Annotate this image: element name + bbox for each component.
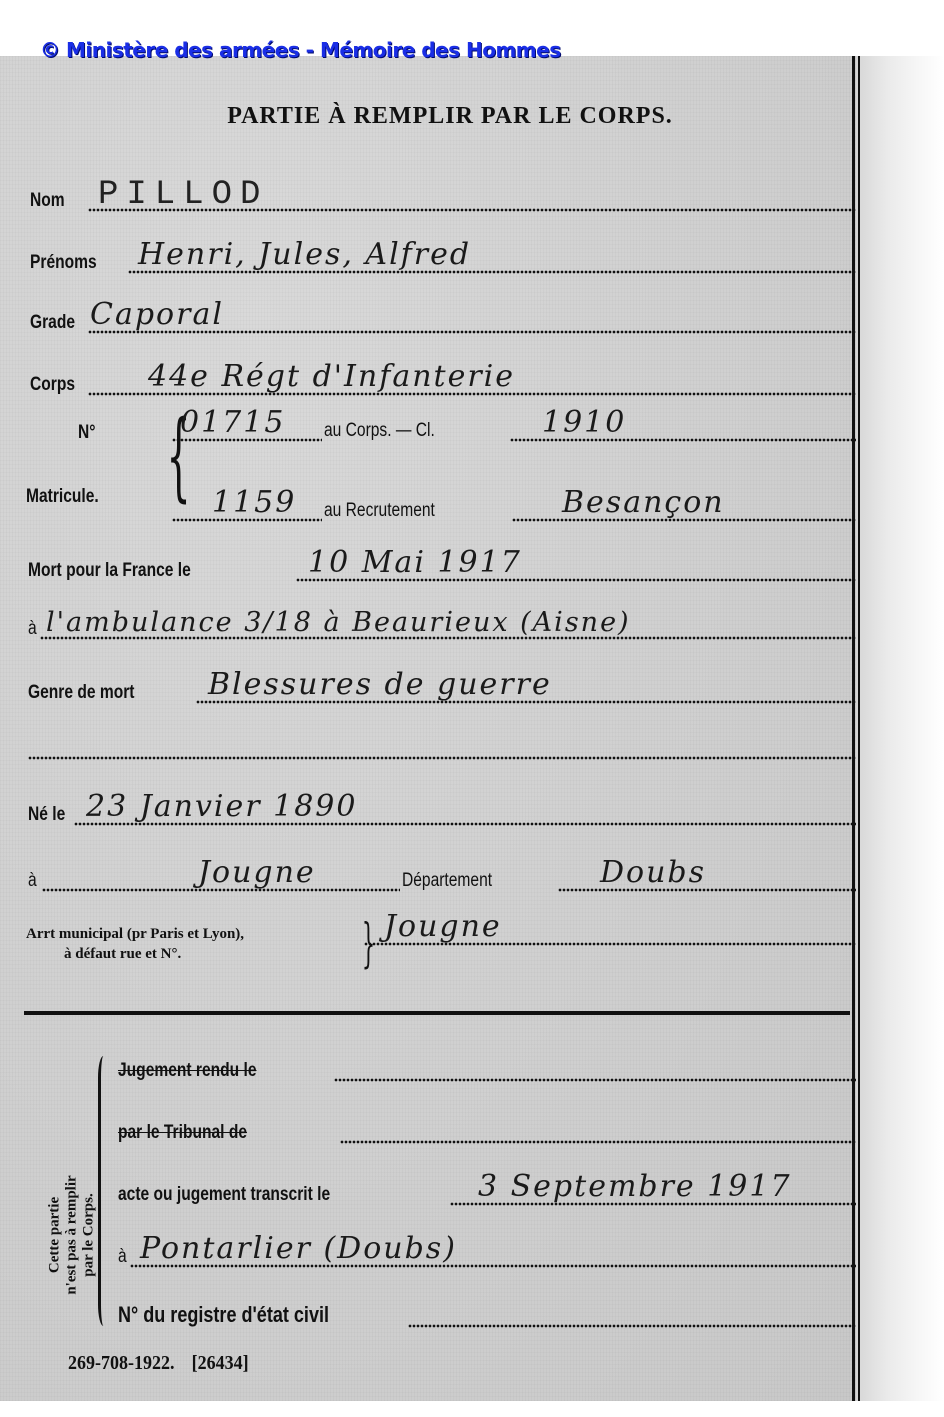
section-divider	[24, 1011, 850, 1015]
label-lieu-mort: à	[28, 618, 37, 640]
side-note-text: Cette partie n'est pas à remplir par le …	[47, 1175, 98, 1294]
brace	[98, 1056, 107, 1326]
value-mort: 10 Mai 1917	[308, 545, 522, 580]
value-corps: 44e Régt d'Infanterie	[148, 359, 515, 394]
label-lieu-transcription: à	[118, 1246, 127, 1268]
dotted-line	[340, 1140, 856, 1144]
label-jugement-rendu: Jugement rendu le	[118, 1060, 257, 1082]
field-prenoms: Prénoms Henri, Jules, Alfred	[28, 240, 856, 280]
field-transcrit: acte ou jugement transcrit le 3 Septembr…	[118, 1172, 856, 1212]
field-registre: N° du registre d'état civil	[118, 1294, 856, 1334]
label-registre: N° du registre d'état civil	[118, 1302, 329, 1328]
field-matricule-recrutement: 1159 au Recrutement Besançon	[172, 488, 856, 528]
form-title: PARTIE À REMPLIR PAR LE CORPS.	[0, 103, 900, 130]
value-classe: 1910	[542, 405, 626, 440]
field-genre-mort: Genre de mort Blessures de guerre	[28, 670, 856, 710]
border-line	[858, 56, 860, 1401]
field-lieu-transcription: à Pontarlier (Doubs)	[118, 1234, 856, 1274]
label-corps: Corps	[30, 374, 75, 396]
field-nom: Nom PILLOD	[28, 178, 856, 218]
value-matricule-corps: 01715	[180, 405, 285, 440]
field-naissance: Né le 23 Janvier 1890	[28, 792, 856, 832]
field-tribunal: par le Tribunal de	[118, 1110, 856, 1150]
scan-margin	[856, 56, 944, 1401]
print-ref: 269-708-1922.	[68, 1352, 174, 1374]
label-au-corps: au Corps. — Cl.	[324, 420, 435, 442]
side-note: Cette partie n'est pas à remplir par le …	[22, 1130, 122, 1340]
extra-line	[28, 726, 856, 766]
field-corps: Corps 44e Régt d'Infanterie	[28, 362, 856, 402]
label-matricule: Matricule.	[26, 486, 99, 508]
field-lieu-mort: à l'ambulance 3/18 à Beaurieux (Aisne)	[28, 606, 856, 646]
field-mort: Mort pour la France le 10 Mai 1917	[28, 548, 856, 588]
field-grade: Grade Caporal	[28, 300, 856, 340]
copyright-watermark: © Ministère des armées - Mémoire des Hom…	[40, 38, 561, 62]
label-arrondissement-line1: Arrt municipal (pr Paris et Lyon),	[26, 924, 244, 944]
form-number: [26434]	[192, 1352, 249, 1374]
label-nom: Nom	[30, 190, 65, 212]
value-recrutement-place: Besançon	[562, 485, 725, 520]
dotted-line	[334, 1078, 856, 1082]
label-arrondissement: Arrt municipal (pr Paris et Lyon), à déf…	[26, 924, 244, 964]
label-arrondissement-line2: à défaut rue et N°.	[26, 944, 244, 964]
field-jugement-rendu: Jugement rendu le	[118, 1048, 856, 1088]
field-matricule-corps: 01715 au Corps. — Cl. 1910	[172, 408, 856, 448]
value-transcrit: 3 Septembre 1917	[478, 1169, 792, 1204]
value-lieu-naissance: Jougne	[198, 855, 316, 890]
label-au-recrutement: au Recrutement	[324, 500, 435, 522]
value-grade: Caporal	[90, 297, 224, 332]
side-note-line: n'est pas à remplir	[64, 1175, 81, 1294]
field-arrondissement: Jougne	[364, 912, 856, 952]
value-prenoms: Henri, Jules, Alfred	[138, 237, 471, 272]
value-naissance: 23 Janvier 1890	[86, 789, 357, 824]
value-matricule-recrutement: 1159	[212, 485, 296, 520]
side-note-line: Cette partie	[47, 1175, 64, 1294]
label-naissance: Né le	[28, 804, 65, 826]
value-lieu-mort: l'ambulance 3/18 à Beaurieux (Aisne)	[46, 607, 631, 638]
label-matricule-no: N°	[78, 422, 95, 444]
side-note-line: par le Corps.	[81, 1175, 98, 1294]
print-footer: 269-708-1922. [26434]	[68, 1352, 249, 1375]
label-mort: Mort pour la France le	[28, 560, 191, 582]
label-prenoms: Prénoms	[30, 252, 97, 274]
value-departement: Doubs	[600, 855, 706, 890]
value-lieu-transcription: Pontarlier (Doubs)	[140, 1231, 457, 1266]
label-lieu-naissance: à	[28, 870, 37, 892]
value-arrondissement: Jougne	[384, 909, 502, 944]
value-genre-mort: Blessures de guerre	[208, 667, 552, 702]
label-genre-mort: Genre de mort	[28, 682, 134, 704]
value-nom: PILLOD	[98, 176, 268, 214]
dotted-line	[28, 756, 856, 760]
label-departement: Département	[402, 870, 492, 892]
field-lieu-naissance: à Jougne Département Doubs	[28, 858, 856, 898]
label-grade: Grade	[30, 312, 75, 334]
dotted-line	[408, 1324, 856, 1328]
label-tribunal: par le Tribunal de	[118, 1122, 247, 1144]
label-transcrit: acte ou jugement transcrit le	[118, 1184, 330, 1206]
